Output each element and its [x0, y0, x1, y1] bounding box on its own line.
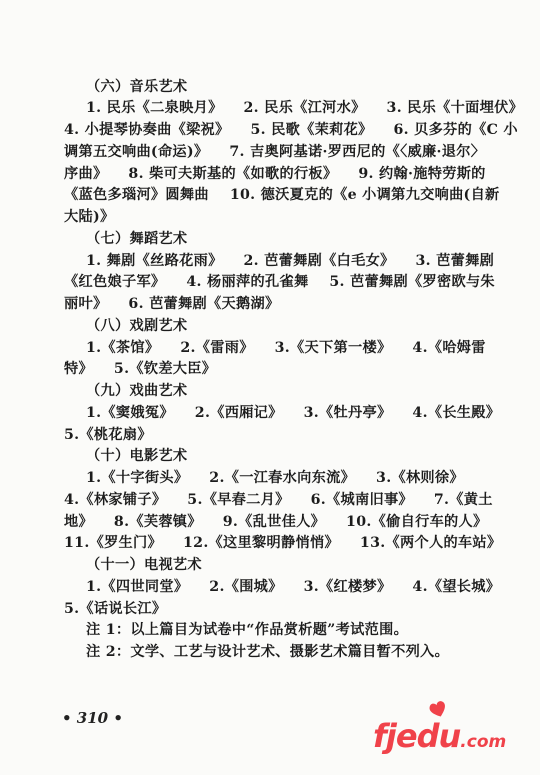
text-line: 《红色娘子军》 4. 杨丽萍的孔雀舞 5. 芭蕾舞剧《罗密欧与朱 — [64, 272, 484, 293]
watermark-main: fjedu — [373, 717, 460, 755]
text-line: 11.《罗生门》 12.《这里黎明静悄悄》 13.《两个人的车站》 — [64, 533, 484, 554]
note-1: 注 1：以上篇目为试卷中“作品赏析题”考试范围。 — [86, 620, 484, 641]
text-line: 1. 民乐《二泉映月》 2. 民乐《江河水》 3. 民乐《十面埋伏》 — [86, 98, 484, 119]
heart-icon — [428, 699, 448, 719]
section-heading-film: （十）电影艺术 — [86, 446, 484, 467]
watermark-logo: fjedu.com — [373, 717, 506, 755]
text-line: 5.《桃花扇》 — [64, 425, 484, 446]
text-line: 调第五交响曲(命运)》 7. 吉奥阿基诺·罗西尼的《〈威廉·退尔〉 — [64, 142, 484, 163]
text-line: 1.《十字街头》 2.《一江春水向东流》 3.《林则徐》 — [86, 468, 484, 489]
text-line: 大陆)》 — [64, 207, 484, 228]
text-line: 1.《茶馆》 2.《雷雨》 3.《天下第一楼》 4.《哈姆雷 — [86, 338, 484, 359]
section-heading-dance: （七）舞蹈艺术 — [86, 229, 484, 250]
text-line: 序曲》 8. 柴可夫斯基的《如歌的行板》 9. 约翰·施特劳斯的 — [64, 164, 484, 185]
text-line: 特》 5.《钦差大臣》 — [64, 359, 484, 380]
text-line: 1. 舞剧《丝路花雨》 2. 芭蕾舞剧《白毛女》 3. 芭蕾舞剧 — [86, 251, 484, 272]
watermark-suffix: .com — [460, 732, 506, 752]
text-line: 5.《话说长江》 — [64, 599, 484, 620]
text-line: 丽叶》 6. 芭蕾舞剧《天鹅湖》 — [64, 294, 484, 315]
section-heading-opera: （九）戏曲艺术 — [86, 381, 484, 402]
section-heading-drama: （八）戏剧艺术 — [86, 316, 484, 337]
text-line: 地》 8.《芙蓉镇》 9.《乱世佳人》 10.《偷自行车的人》 — [64, 512, 484, 533]
note-2: 注 2：文学、工艺与设计艺术、摄影艺术篇目暂不列入。 — [86, 642, 484, 663]
text-line: 《蓝色多瑙河》圆舞曲 10. 德沃夏克的《e 小调第九交响曲(自新 — [64, 185, 484, 206]
text-line: 1.《四世同堂》 2.《围城》 3.《红楼梦》 4.《望长城》 — [86, 577, 484, 598]
section-heading-tv: （十一）电视艺术 — [86, 555, 484, 576]
page-number: • 310 • — [62, 709, 123, 727]
text-line: 4. 小提琴协奏曲《梁祝》 5. 民歌《茉莉花》 6. 贝多芬的《C 小 — [64, 120, 484, 141]
section-heading-music: （六）音乐艺术 — [86, 77, 484, 98]
text-line: 4.《林家铺子》 5.《早春二月》 6.《城南旧事》 7.《黄土 — [64, 490, 484, 511]
scanned-book-page: （六）音乐艺术 1. 民乐《二泉映月》 2. 民乐《江河水》 3. 民乐《十面埋… — [0, 0, 540, 775]
text-line: 1.《窦娥冤》 2.《西厢记》 3.《牡丹亭》 4.《长生殿》 — [86, 403, 484, 424]
